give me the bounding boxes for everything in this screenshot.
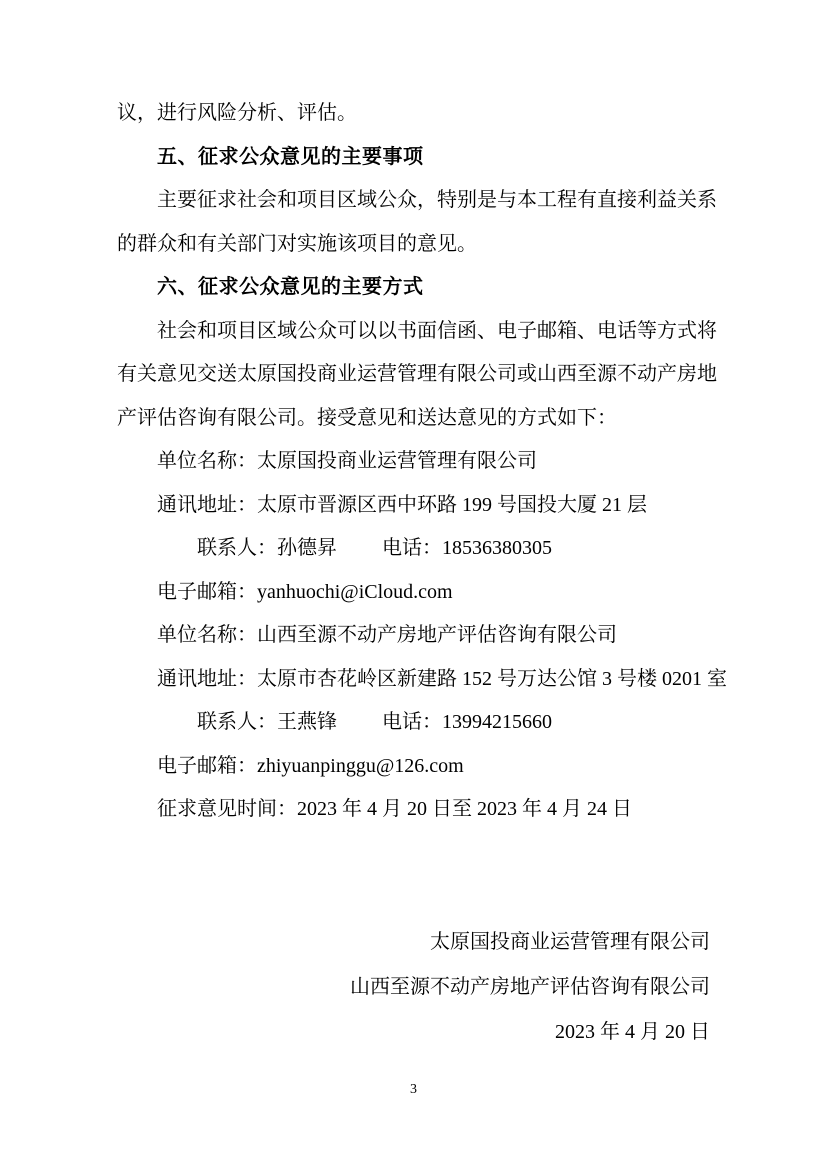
company-1-name-line: 单位名称：太原国投商业运营管理有限公司 [117, 440, 721, 484]
document-body: 议，进行风险分析、评估。 五、征求公众意见的主要事项 主要征求社会和项目区域公众… [117, 92, 721, 832]
company-1-email-line: 电子邮箱：yanhuochi@iCloud.com [117, 571, 721, 615]
paragraph-line: 主要征求社会和项目区域公众，特别是与本工程有直接利益关系 [117, 179, 721, 223]
company-1-contact-person: 联系人：孙德昇 [157, 527, 382, 571]
company-2-contact-phone: 电话：13994215660 [382, 711, 552, 733]
company-2-contact-line: 联系人：王燕锋电话：13994215660 [117, 701, 721, 745]
paragraph-line: 的群众和有关部门对实施该项目的意见。 [117, 223, 721, 267]
company-1-contact-phone: 电话：18536380305 [382, 537, 552, 559]
paragraph-line: 有关意见交送太原国投商业运营管理有限公司或山西至源不动产房地 [117, 353, 721, 397]
company-2-contact-person: 联系人：王燕锋 [157, 701, 382, 745]
company-2-email-line: 电子邮箱：zhiyuanpinggu@126.com [117, 745, 721, 789]
page-number: 3 [410, 1082, 417, 1097]
company-2-address-line: 通讯地址：太原市杏花岭区新建路 152 号万达公馆 3 号楼 0201 室 [117, 658, 721, 702]
signature-company-1: 太原国投商业运营管理有限公司 [190, 920, 710, 965]
paragraph-line: 社会和项目区域公众可以以书面信函、电子邮箱、电话等方式将 [117, 310, 721, 354]
signature-date: 2023 年 4 月 20 日 [190, 1010, 710, 1055]
paragraph-line: 产评估咨询有限公司。接受意见和送达意见的方式如下： [117, 397, 721, 441]
signature-block: 太原国投商业运营管理有限公司 山西至源不动产房地产评估咨询有限公司 2023 年… [190, 920, 710, 1055]
section-heading-5: 五、征求公众意见的主要事项 [117, 136, 721, 180]
consultation-period-line: 征求意见时间：2023 年 4 月 20 日至 2023 年 4 月 24 日 [117, 788, 721, 832]
company-1-contact-line: 联系人：孙德昇电话：18536380305 [117, 527, 721, 571]
paragraph-line-continuation: 议，进行风险分析、评估。 [117, 92, 721, 136]
page-footer: 3 [0, 1080, 827, 1100]
company-1-address-line: 通讯地址：太原市晋源区西中环路 199 号国投大厦 21 层 [117, 484, 721, 528]
company-2-name-line: 单位名称：山西至源不动产房地产评估咨询有限公司 [117, 614, 721, 658]
document-page: 议，进行风险分析、评估。 五、征求公众意见的主要事项 主要征求社会和项目区域公众… [0, 0, 827, 1170]
section-heading-6: 六、征求公众意见的主要方式 [117, 266, 721, 310]
signature-company-2: 山西至源不动产房地产评估咨询有限公司 [190, 965, 710, 1010]
